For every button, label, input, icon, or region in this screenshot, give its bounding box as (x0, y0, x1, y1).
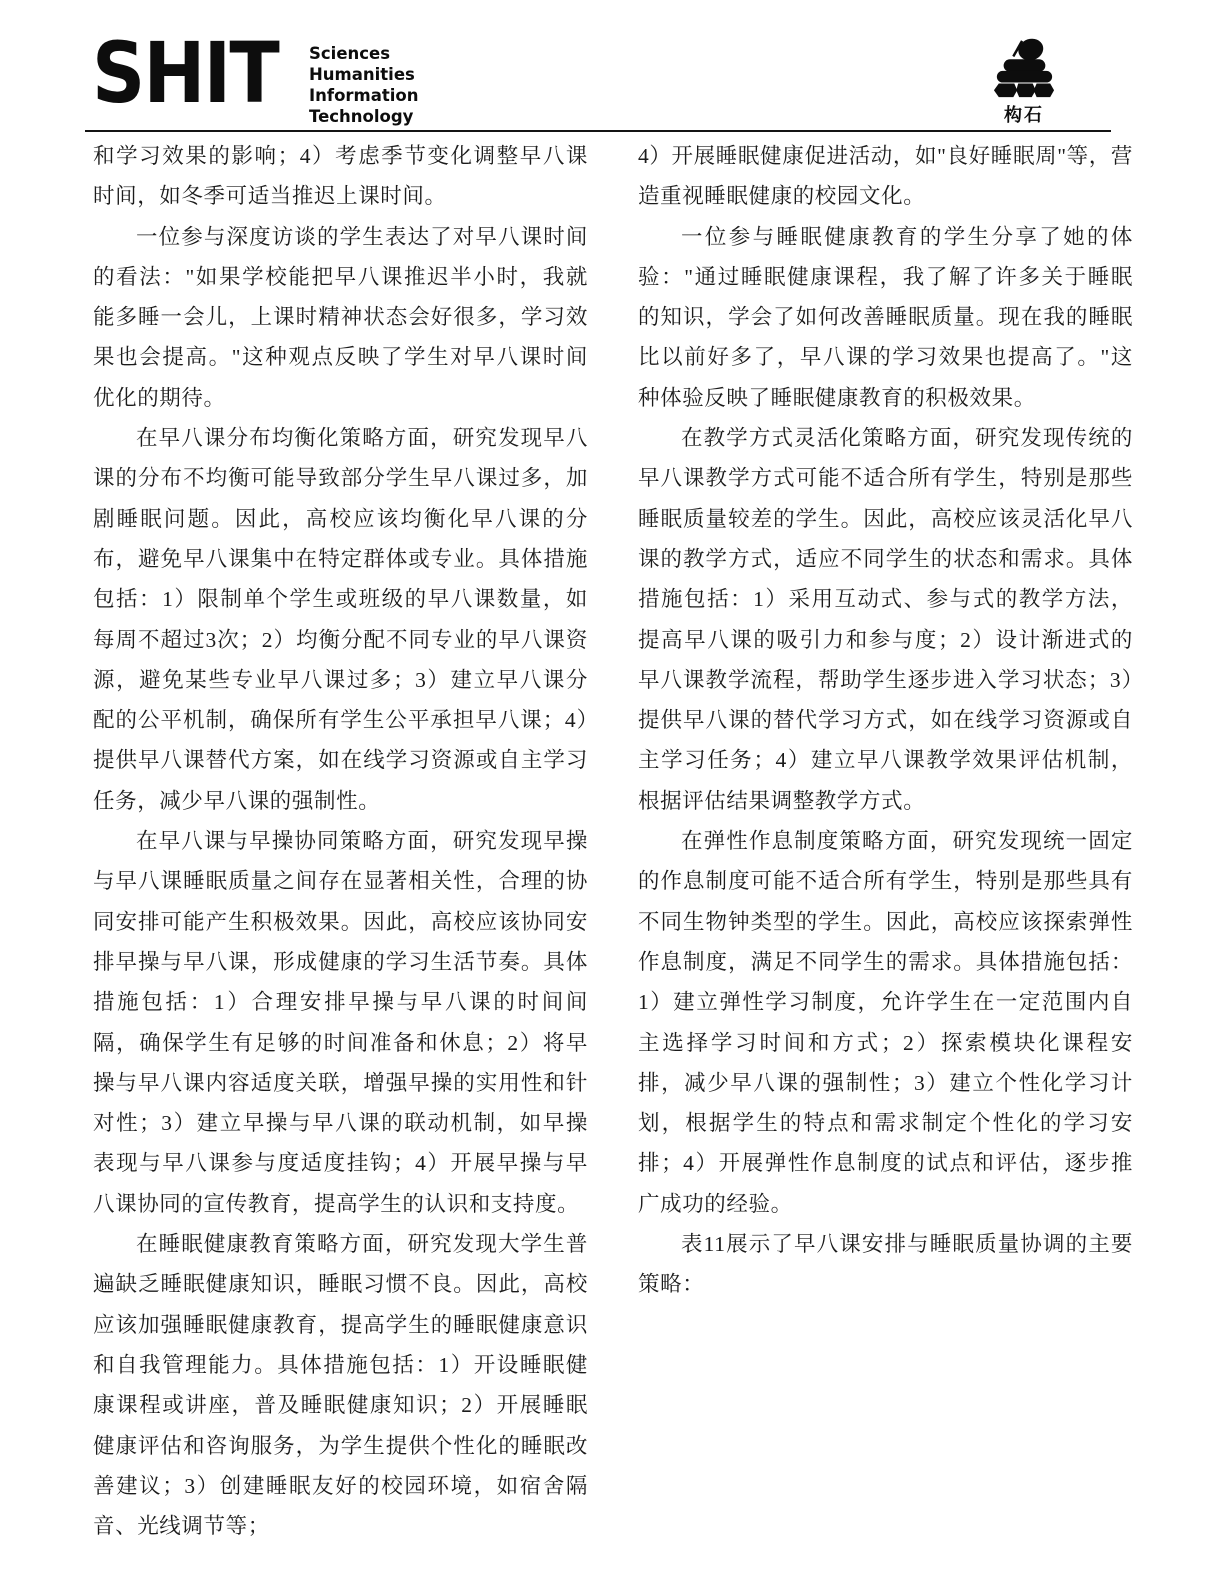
publisher-name: 构石 (982, 101, 1066, 127)
paragraph: 表11展示了早八课安排与睡眠质量协调的主要策略： (638, 1224, 1133, 1305)
journal-logo-text: SHIT (92, 40, 278, 107)
paragraph: 在教学方式灵活化策略方面，研究发现传统的早八课教学方式可能不适合所有学生，特别是… (638, 418, 1133, 821)
left-column: 和学习效果的影响；4）考虑季节变化调整早八课时间，如冬季可适当推迟上课时间。一位… (93, 136, 588, 1546)
paragraph: 在睡眠健康教育策略方面，研究发现大学生普遍缺乏睡眠健康知识，睡眠习惯不良。因此，… (93, 1224, 588, 1546)
tagline-line: Sciences (309, 43, 419, 64)
journal-tagline: SciencesHumanitiesInformationTechnology (309, 43, 419, 127)
header-divider (85, 130, 1111, 132)
paragraph: 在早八课与早操协同策略方面，研究发现早操与早八课睡眠质量之间存在显著相关性，合理… (93, 821, 588, 1224)
paragraph: 一位参与睡眠健康教育的学生分享了她的体验："通过睡眠健康课程，我了解了许多关于睡… (638, 217, 1133, 418)
tagline-line: Humanities (309, 64, 419, 85)
paragraph: 4）开展睡眠健康促进活动，如"良好睡眠周"等，营造重视睡眠健康的校园文化。 (638, 136, 1133, 217)
tagline-line: Information (309, 85, 419, 106)
rock-pile-icon (989, 36, 1059, 100)
paragraph: 一位参与深度访谈的学生表达了对早八课时间的看法："如果学校能把早八课推迟半小时，… (93, 217, 588, 418)
paragraph: 和学习效果的影响；4）考虑季节变化调整早八课时间，如冬季可适当推迟上课时间。 (93, 136, 588, 217)
paper-page: SHIT SciencesHumanitiesInformationTechno… (0, 0, 1224, 1584)
paragraph: 在弹性作息制度策略方面，研究发现统一固定的作息制度可能不适合所有学生，特别是那些… (638, 821, 1133, 1224)
paragraph: 在早八课分布均衡化策略方面，研究发现早八课的分布不均衡可能导致部分学生早八课过多… (93, 418, 588, 821)
body-content: 和学习效果的影响；4）考虑季节变化调整早八课时间，如冬季可适当推迟上课时间。一位… (93, 136, 1133, 1546)
tagline-line: Technology (309, 106, 419, 127)
publisher-logo: 构石 (982, 36, 1066, 127)
right-column: 4）开展睡眠健康促进活动，如"良好睡眠周"等，营造重视睡眠健康的校园文化。一位参… (638, 136, 1133, 1546)
